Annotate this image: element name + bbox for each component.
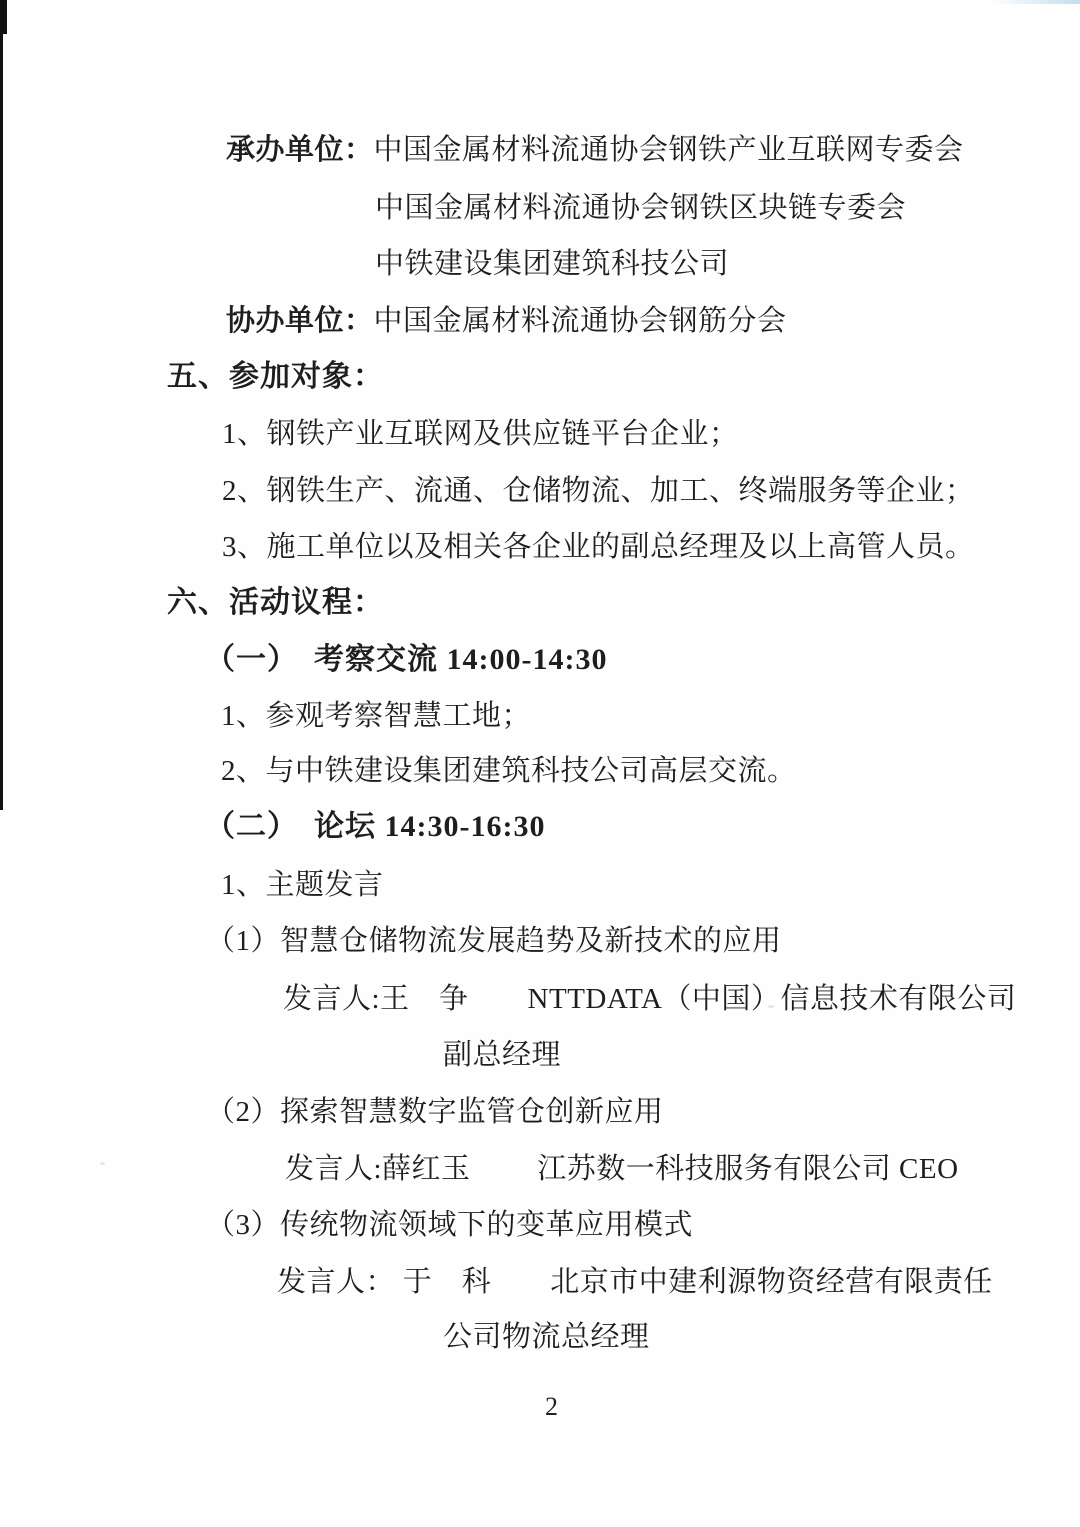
co-organizer-label: 协办单位： (226, 305, 374, 337)
organizer-line: 承办单位：中国金属材料流通协会钢铁产业互联网专委会 (226, 133, 964, 167)
topic-1-speaker: 发言人:王 争 NTTDATA（中国）信息技术有限公司 (283, 982, 1016, 1016)
topic-3-speaker: 发言人： 于 科 北京市中建利源物资经营有限责任 (277, 1265, 993, 1299)
document-page: 承办单位：中国金属材料流通协会钢铁产业互联网专委会 中国金属材料流通协会钢铁区块… (0, 0, 1080, 1527)
scan-speck (100, 1162, 105, 1165)
part2-lead-item: 1、主题发言 (221, 868, 384, 902)
part1-item-1: 1、参观考察智慧工地； (221, 699, 531, 733)
organizer-item-1: 中国金属材料流通协会钢铁产业互联网专委会 (374, 134, 964, 166)
organizer-label: 承办单位： (226, 134, 374, 166)
agenda-part1-heading: （一） 考察交流 14:00-14:30 (205, 643, 607, 677)
co-organizer-item: 中国金属材料流通协会钢筋分会 (374, 305, 787, 337)
participants-item-1: 1、钢铁产业互联网及供应链平台企业； (222, 417, 739, 451)
topic-3-title: （3）传统物流领域下的变革应用模式 (206, 1208, 693, 1242)
topic-2-title: （2）探索智慧数字监管仓创新应用 (206, 1095, 664, 1129)
organizer-item-3: 中铁建设集团建筑科技公司 (375, 247, 729, 281)
topic-1-speaker-cont: 副总经理 (443, 1038, 561, 1072)
topic-1-title: （1）智慧仓储物流发展趋势及新技术的应用 (206, 924, 782, 958)
part1-item-2: 2、与中铁建设集团建筑科技公司高层交流。 (221, 754, 797, 788)
scan-artifact-left-edge (0, 0, 3, 810)
scan-artifact-top-edge (990, 0, 1080, 4)
page-number: 2 (545, 1392, 558, 1422)
agenda-part2-heading: （二） 论坛 14:30-16:30 (205, 810, 545, 844)
section-participants-heading: 五、参加对象： (167, 360, 384, 394)
participants-item-2: 2、钢铁生产、流通、仓储物流、加工、终端服务等企业； (222, 474, 975, 508)
topic-2-speaker: 发言人:薛红玉 江苏数一科技服务有限公司 CEO (285, 1152, 959, 1186)
participants-item-3: 3、施工单位以及相关各企业的副总经理及以上高管人员。 (222, 530, 975, 564)
section-agenda-heading: 六、活动议程： (167, 586, 384, 620)
topic-3-speaker-cont: 公司物流总经理 (443, 1320, 650, 1354)
scan-artifact-left-corner (0, 0, 7, 34)
co-organizer-line: 协办单位：中国金属材料流通协会钢筋分会 (226, 304, 787, 338)
organizer-item-2: 中国金属材料流通协会钢铁区块链专委会 (375, 191, 906, 225)
